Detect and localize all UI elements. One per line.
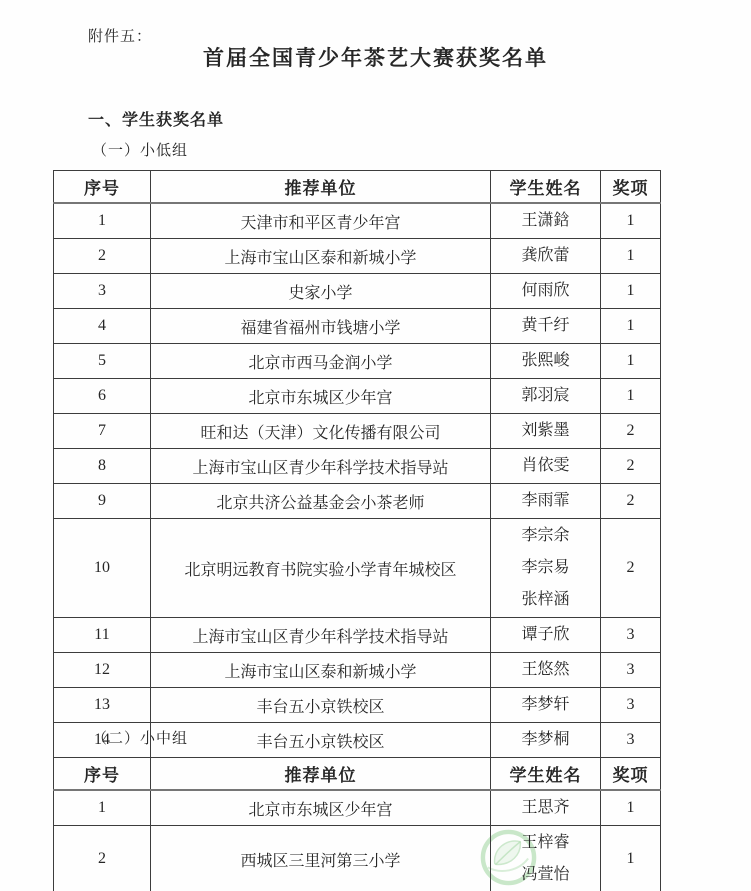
- unit-cell: 旺和达（天津）文化传播有限公司: [151, 414, 491, 449]
- student-name-cell: 郭羽宸: [491, 379, 601, 414]
- student-name-line: 李宗易: [495, 552, 596, 584]
- table-head: 序号推荐单位学生姓名奖项: [54, 171, 661, 204]
- table-row: 11上海市宝山区青少年科学技术指导站谭子欣3: [54, 618, 661, 653]
- unit-cell: 北京市西马金润小学: [151, 344, 491, 379]
- unit-cell: 北京市东城区少年宫: [151, 379, 491, 414]
- table-row: 8上海市宝山区青少年科学技术指导站肖依雯2: [54, 449, 661, 484]
- column-header: 推荐单位: [151, 171, 491, 204]
- table-row: 5北京市西马金润小学张熙峻1: [54, 344, 661, 379]
- student-name-line: 李梦轩: [495, 689, 596, 721]
- table-row: 1北京市东城区少年宫王思齐1: [54, 790, 661, 826]
- column-header: 推荐单位: [151, 758, 491, 791]
- award-cell: 2: [601, 414, 661, 449]
- serial-cell: 8: [54, 449, 151, 484]
- table-row: 10北京明远教育书院实验小学青年城校区李宗余李宗易张梓涵2: [54, 519, 661, 618]
- student-name-cell: 李雨霏: [491, 484, 601, 519]
- unit-cell: 丰台五小京铁校区: [151, 688, 491, 723]
- header-row: 序号推荐单位学生姓名奖项: [54, 758, 661, 791]
- student-name-cell: 刘紫墨: [491, 414, 601, 449]
- student-name-line: 肖依雯: [495, 450, 596, 482]
- award-cell: 1: [601, 203, 661, 239]
- serial-cell: 4: [54, 309, 151, 344]
- unit-cell: 北京市东城区少年宫: [151, 790, 491, 826]
- student-name-cell: 王梓睿冯萱怡: [491, 826, 601, 891]
- unit-cell: 上海市宝山区泰和新城小学: [151, 239, 491, 274]
- award-cell: 1: [601, 826, 661, 891]
- award-cell: 2: [601, 484, 661, 519]
- unit-cell: 上海市宝山区青少年科学技术指导站: [151, 618, 491, 653]
- table-row: 13丰台五小京铁校区李梦轩3: [54, 688, 661, 723]
- student-name-line: 郭羽宸: [495, 380, 596, 412]
- serial-cell: 2: [54, 826, 151, 891]
- serial-cell: 10: [54, 519, 151, 618]
- awards-table-small-middle: 序号推荐单位学生姓名奖项 1北京市东城区少年宫王思齐12西城区三里河第三小学王梓…: [53, 757, 661, 891]
- section-heading-students: 一、学生获奖名单: [88, 107, 224, 130]
- award-cell: 2: [601, 449, 661, 484]
- column-header: 奖项: [601, 758, 661, 791]
- table-body: 1北京市东城区少年宫王思齐12西城区三里河第三小学王梓睿冯萱怡1: [54, 790, 661, 891]
- student-name-line: 张梓涵: [495, 584, 596, 616]
- unit-cell: 上海市宝山区泰和新城小学: [151, 653, 491, 688]
- unit-cell: 西城区三里河第三小学: [151, 826, 491, 891]
- award-cell: 3: [601, 618, 661, 653]
- column-header: 学生姓名: [491, 758, 601, 791]
- award-cell: 3: [601, 723, 661, 758]
- table-row: 1天津市和平区青少年宫王潇鋡1: [54, 203, 661, 239]
- student-name-line: 李梦桐: [495, 724, 596, 756]
- column-header: 学生姓名: [491, 171, 601, 204]
- serial-cell: 2: [54, 239, 151, 274]
- unit-cell: 北京共济公益基金会小茶老师: [151, 484, 491, 519]
- serial-cell: 1: [54, 790, 151, 826]
- student-name-line: 龚欣蕾: [495, 240, 596, 272]
- table-row: 12上海市宝山区泰和新城小学王悠然3: [54, 653, 661, 688]
- award-cell: 1: [601, 274, 661, 309]
- serial-cell: 5: [54, 344, 151, 379]
- award-cell: 1: [601, 239, 661, 274]
- serial-cell: 3: [54, 274, 151, 309]
- table-row: 2西城区三里河第三小学王梓睿冯萱怡1: [54, 826, 661, 891]
- document-page: 附件五： 首届全国青少年茶艺大赛获奖名单 一、学生获奖名单 （一）小低组 序号推…: [0, 0, 751, 891]
- column-header: 奖项: [601, 171, 661, 204]
- serial-cell: 1: [54, 203, 151, 239]
- student-name-cell: 龚欣蕾: [491, 239, 601, 274]
- unit-cell: 北京明远教育书院实验小学青年城校区: [151, 519, 491, 618]
- column-header: 序号: [54, 171, 151, 204]
- student-name-line: 张熙峻: [495, 345, 596, 377]
- student-name-cell: 谭子欣: [491, 618, 601, 653]
- award-cell: 3: [601, 653, 661, 688]
- table-row: 3史家小学何雨欣1: [54, 274, 661, 309]
- serial-cell: 7: [54, 414, 151, 449]
- award-cell: 1: [601, 790, 661, 826]
- student-name-cell: 王思齐: [491, 790, 601, 826]
- student-name-line: 黄千纡: [495, 310, 596, 342]
- unit-cell: 史家小学: [151, 274, 491, 309]
- table-row: 4福建省福州市钱塘小学黄千纡1: [54, 309, 661, 344]
- table-row: 9北京共济公益基金会小茶老师李雨霏2: [54, 484, 661, 519]
- award-cell: 2: [601, 519, 661, 618]
- student-name-line: 王梓睿: [495, 827, 596, 859]
- student-name-line: 冯萱怡: [495, 859, 596, 891]
- table-body: 1天津市和平区青少年宫王潇鋡12上海市宝山区泰和新城小学龚欣蕾13史家小学何雨欣…: [54, 203, 661, 758]
- student-name-line: 刘紫墨: [495, 415, 596, 447]
- student-name-cell: 李梦桐: [491, 723, 601, 758]
- unit-cell: 丰台五小京铁校区: [151, 723, 491, 758]
- student-name-line: 李雨霏: [495, 485, 596, 517]
- serial-cell: 9: [54, 484, 151, 519]
- serial-cell: 11: [54, 618, 151, 653]
- student-name-cell: 张熙峻: [491, 344, 601, 379]
- student-name-cell: 黄千纡: [491, 309, 601, 344]
- award-cell: 1: [601, 309, 661, 344]
- serial-cell: 6: [54, 379, 151, 414]
- table-row: 2上海市宝山区泰和新城小学龚欣蕾1: [54, 239, 661, 274]
- page-title: 首届全国青少年茶艺大赛获奖名单: [0, 42, 751, 72]
- student-name-line: 王潇鋡: [495, 205, 596, 237]
- student-name-line: 何雨欣: [495, 275, 596, 307]
- student-name-cell: 王悠然: [491, 653, 601, 688]
- student-name-line: 王思齐: [495, 792, 596, 824]
- serial-cell: 13: [54, 688, 151, 723]
- student-name-line: 李宗余: [495, 520, 596, 552]
- serial-cell: 12: [54, 653, 151, 688]
- unit-cell: 福建省福州市钱塘小学: [151, 309, 491, 344]
- table-head: 序号推荐单位学生姓名奖项: [54, 758, 661, 791]
- header-row: 序号推荐单位学生姓名奖项: [54, 171, 661, 204]
- award-cell: 1: [601, 379, 661, 414]
- student-name-cell: 李梦轩: [491, 688, 601, 723]
- student-name-cell: 肖依雯: [491, 449, 601, 484]
- awards-table-small-junior: 序号推荐单位学生姓名奖项 1天津市和平区青少年宫王潇鋡12上海市宝山区泰和新城小…: [53, 170, 661, 758]
- table-row: 14丰台五小京铁校区李梦桐3: [54, 723, 661, 758]
- student-name-cell: 何雨欣: [491, 274, 601, 309]
- student-name-cell: 李宗余李宗易张梓涵: [491, 519, 601, 618]
- student-name-line: 谭子欣: [495, 619, 596, 651]
- subsection-heading-small-junior: （一）小低组: [92, 139, 188, 160]
- column-header: 序号: [54, 758, 151, 791]
- table-row: 7旺和达（天津）文化传播有限公司刘紫墨2: [54, 414, 661, 449]
- student-name-line: 王悠然: [495, 654, 596, 686]
- award-cell: 1: [601, 344, 661, 379]
- unit-cell: 上海市宝山区青少年科学技术指导站: [151, 449, 491, 484]
- serial-cell: 14: [54, 723, 151, 758]
- table-row: 6北京市东城区少年宫郭羽宸1: [54, 379, 661, 414]
- student-name-cell: 王潇鋡: [491, 203, 601, 239]
- award-cell: 3: [601, 688, 661, 723]
- unit-cell: 天津市和平区青少年宫: [151, 203, 491, 239]
